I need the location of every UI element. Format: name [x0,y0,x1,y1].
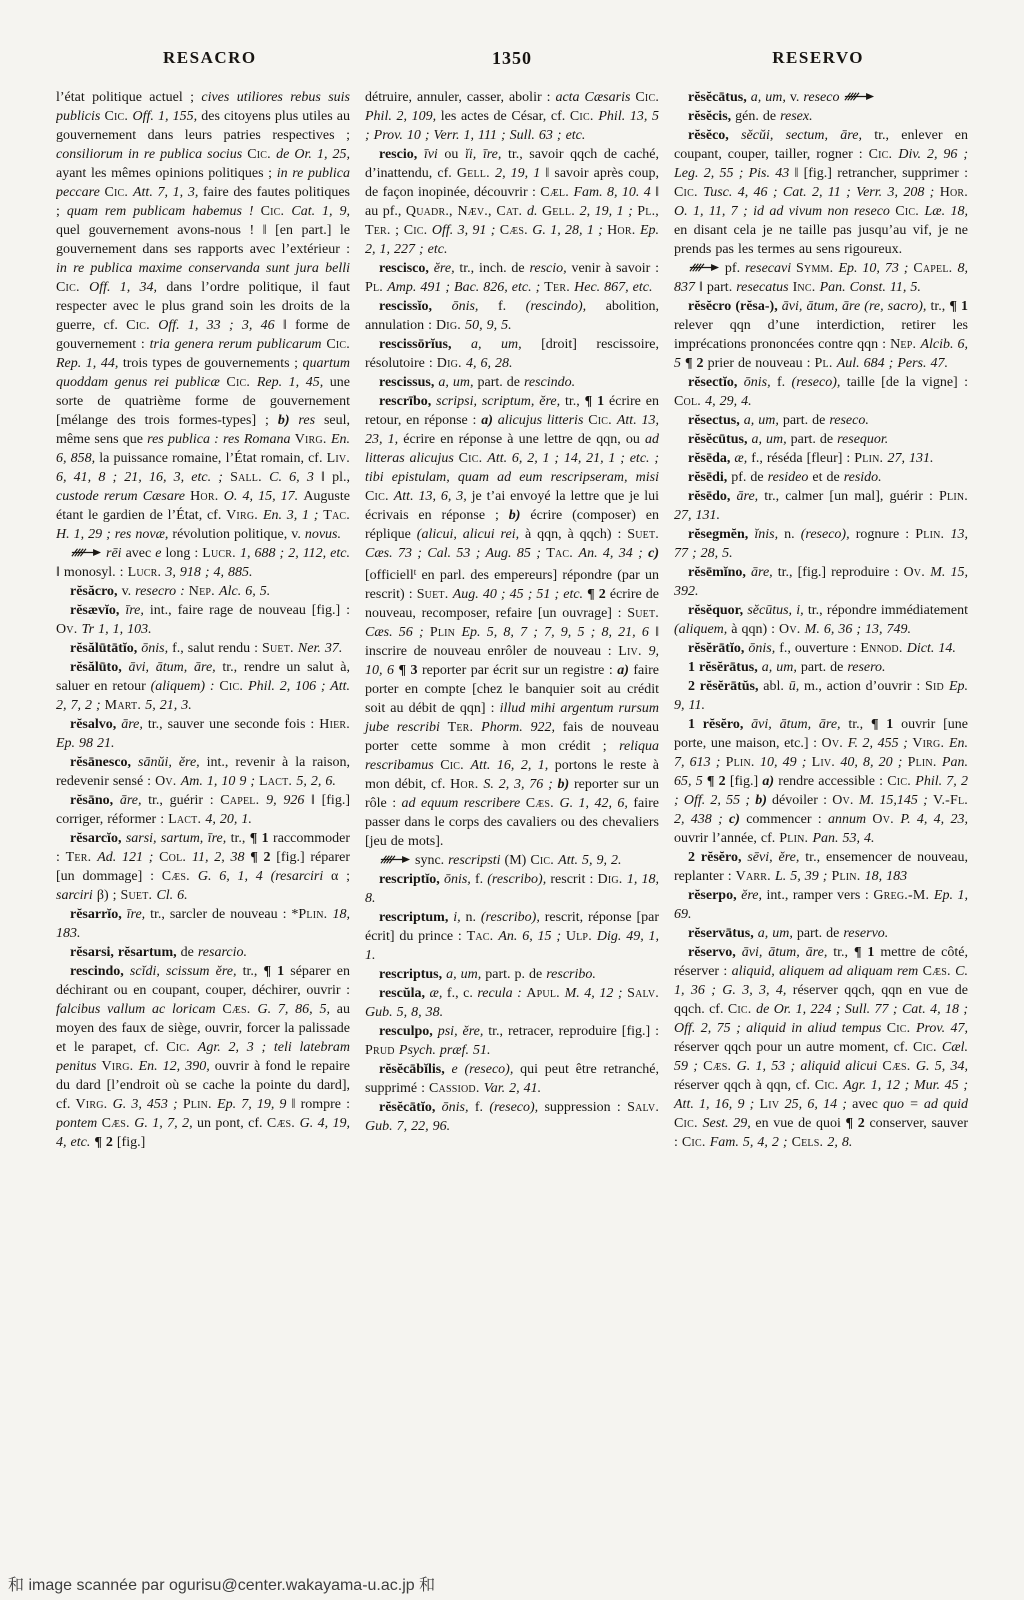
entry-paragraph: rĕsēmĭno, āre, tr., [fig.] reproduire : … [674,563,968,601]
entry-paragraph: rĕsarrĭo, īre, tr., sarcler de nouveau :… [56,905,350,943]
running-head-right: RESERVO [772,48,864,68]
entry-paragraph: rescissōrĭus, a, um, [droit] rescissoire… [365,335,659,373]
scan-attribution: 和 image scannée par ogurisu@center.wakay… [8,1572,435,1595]
entry-paragraph: rĕsēdo, āre, tr., calmer [un mal], guéri… [674,487,968,525]
continuation-paragraph: détruire, annuler, casser, abolir : acta… [365,88,659,145]
entry-paragraph: rescrībo, scripsi, scriptum, ĕre, tr., ¶… [365,392,659,851]
entry-paragraph: rĕsĕco, sĕcŭi, sectum, āre, tr., enlever… [674,126,968,259]
entry-paragraph: rĕserpo, ĕre, int., ramper vers : Greg.-… [674,886,968,924]
entry-paragraph: resculpo, psi, ĕre, tr., retracer, repro… [365,1022,659,1060]
entry-paragraph: rĕsævĭo, īre, int., faire rage de nouvea… [56,601,350,639]
entry-paragraph: rescriptus, a, um, part. p. de rescribo. [365,965,659,984]
entry-paragraph: rĕsarcĭo, sarsi, sartum, īre, tr., ¶ 1 r… [56,829,350,905]
entry-paragraph: rĕsāno, āre, tr., guérir : Capel. 9, 926… [56,791,350,829]
remark-paragraph: rēi avec e long : Lucr. 1, 688 ; 2, 112,… [56,544,350,582]
entry-paragraph: rĕsĕcātĭo, ōnis, f. (reseco), suppressio… [365,1098,659,1136]
entry-paragraph: rĕsarsi, rĕsartum, de resarcio. [56,943,350,962]
column-3: rĕsĕcātus, a, um, v. reseco rĕsĕcis, gén… [674,88,968,1548]
remark-arrow-icon [379,853,411,868]
remark-paragraph: pf. resecavi Symm. Ep. 10, 73 ; Capel. 8… [674,259,968,297]
entry-paragraph: 1 rĕsĕrātus, a, um, part. de resero. [674,658,968,677]
entry-paragraph: rĕsĕcātus, a, um, v. reseco [674,88,968,107]
text-columns: l’état politique actuel ; cives utiliore… [56,88,968,1548]
entry-paragraph: rĕsăcro, v. resecro : Nep. Alc. 6, 5. [56,582,350,601]
running-head: RESACRO 1350 RESERVO [0,48,1024,76]
entry-paragraph: rescŭla, æ, f., c. recula : Apul. M. 4, … [365,984,659,1022]
entry-paragraph: rescisco, ĕre, tr., inch. de rescio, ven… [365,259,659,297]
entry-paragraph: rescissus, a, um, part. de rescindo. [365,373,659,392]
entry-paragraph: rescriptum, i, n. (rescribo), rescrit, r… [365,908,659,965]
entry-paragraph: rĕservātus, a, um, part. de reservo. [674,924,968,943]
entry-paragraph: rescindo, scĭdi, scissum ĕre, tr., ¶ 1 s… [56,962,350,1152]
entry-paragraph: rĕsălūto, āvi, ātum, āre, tr., rendre un… [56,658,350,715]
dictionary-page: RESACRO 1350 RESERVO l’état politique ac… [0,0,1024,1600]
entry-paragraph: rĕsĕquor, sĕcūtus, i, tr., répondre immé… [674,601,968,639]
page-number: 1350 [0,48,1024,69]
entry-paragraph: rĕsalvo, āre, tr., sauver une seconde fo… [56,715,350,753]
entry-paragraph: rĕservo, āvi, ātum, āre, tr., ¶ 1 mettre… [674,943,968,1152]
entry-paragraph: rĕsĕcro (rĕsa-), āvi, ātum, āre (re, sac… [674,297,968,373]
entry-paragraph: rescriptĭo, ōnis, f. (rescribo), rescrit… [365,870,659,908]
entry-paragraph: rĕsegmĕn, ĭnis, n. (reseco), rognure : P… [674,525,968,563]
column-2: détruire, annuler, casser, abolir : acta… [365,88,659,1548]
entry-paragraph: rĕsectĭo, ōnis, f. (reseco), taille [de … [674,373,968,411]
remark-arrow-icon [70,546,102,561]
entry-paragraph: 2 rĕsĕro, sēvi, ĕre, tr., ensemencer de … [674,848,968,886]
entry-paragraph: rĕsĕcābĭlis, e (reseco), qui peut être r… [365,1060,659,1098]
remark-arrow-icon [688,261,720,276]
entry-paragraph: 2 rĕsĕrātŭs, abl. ū, m., action d’ouvrir… [674,677,968,715]
entry-paragraph: rĕsĕrātĭo, ōnis, f., ouverture : Ennod. … [674,639,968,658]
entry-paragraph: 1 rĕsĕro, āvi, ātum, āre, tr., ¶ 1 ouvri… [674,715,968,848]
entry-paragraph: rĕsĕcūtus, a, um, part. de resequor. [674,430,968,449]
entry-paragraph: rĕsēdi, pf. de resideo et de resido. [674,468,968,487]
entry-paragraph: rescissĭo, ōnis, f. (rescindo), abolitio… [365,297,659,335]
entry-paragraph: rĕsēda, æ, f., réséda [fleur] : Plin. 27… [674,449,968,468]
entry-paragraph: rĕsălūtātĭo, ōnis, f., salut rendu : Sue… [56,639,350,658]
remark-arrow-icon [843,90,875,105]
continuation-paragraph: l’état politique actuel ; cives utiliore… [56,88,350,544]
remark-paragraph: sync. rescripsti (M) Cic. Att. 5, 9, 2. [365,851,659,870]
entry-paragraph: rĕsectus, a, um, part. de reseco. [674,411,968,430]
column-1: l’état politique actuel ; cives utiliore… [56,88,350,1548]
entry-paragraph: rĕsĕcis, gén. de resex. [674,107,968,126]
entry-paragraph: rescio, īvi ou ĭi, īre, tr., savoir qqch… [365,145,659,259]
entry-paragraph: rĕsānesco, sānŭi, ĕre, int., revenir à l… [56,753,350,791]
